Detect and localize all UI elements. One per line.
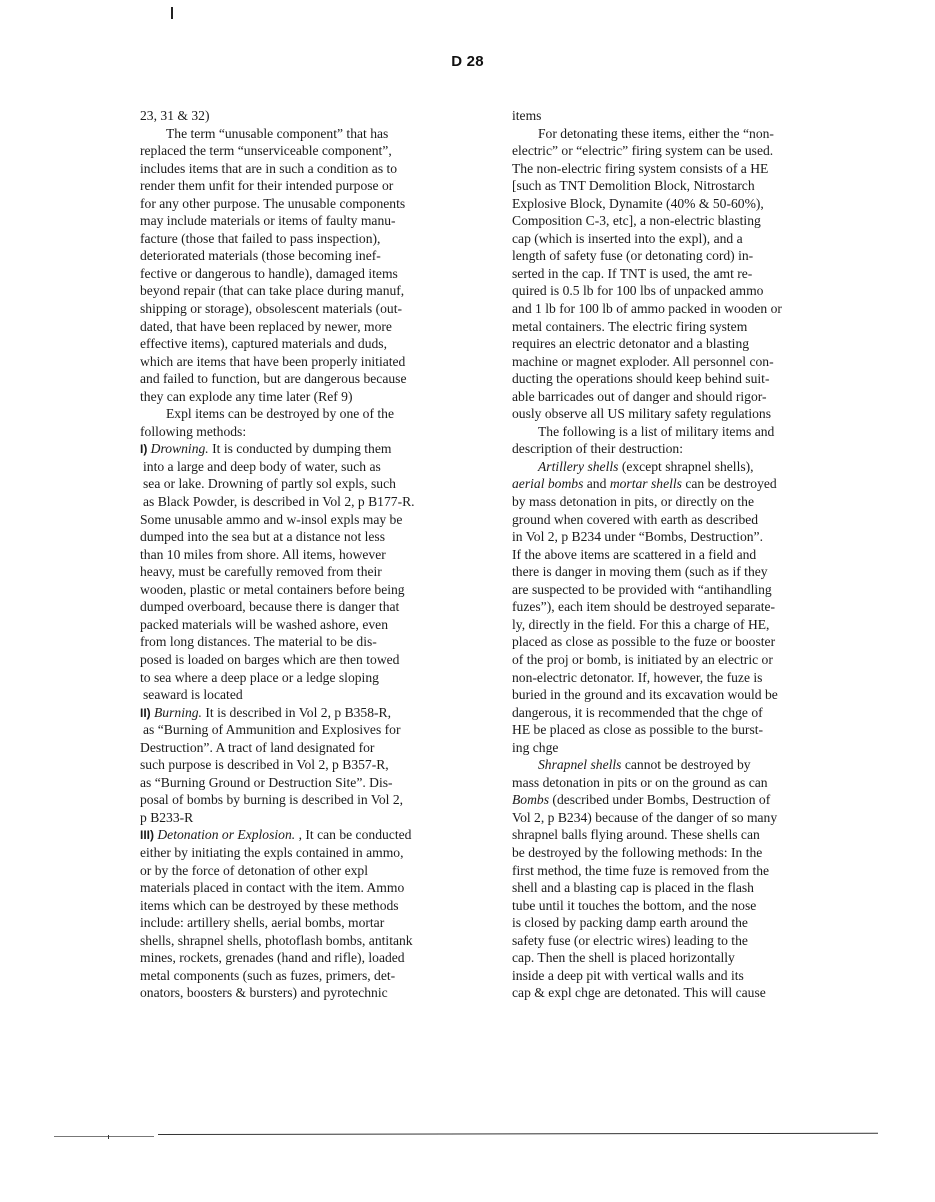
text-segment: of the proj or bomb, is initiated by an …: [512, 652, 773, 667]
text-line: [such as TNT Demolition Block, Nitrostar…: [512, 177, 867, 195]
text-segment: following methods:: [140, 424, 246, 439]
text-segment: ly, directly in the field. For this a ch…: [512, 617, 769, 632]
margin-mark: [171, 7, 173, 19]
text-line: The term “unusable component” that has: [140, 125, 480, 143]
page-number-header: D 28: [0, 53, 935, 70]
text-line: cap (which is inserted into the expl), a…: [512, 230, 867, 248]
text-line: of the proj or bomb, is initiated by an …: [512, 651, 867, 669]
text-line: inside a deep pit with vertical walls an…: [512, 967, 867, 985]
text-segment: Composition C-3, etc], a non-electric bl…: [512, 213, 761, 228]
text-line: as “Burning of Ammunition and Explosives…: [140, 721, 480, 739]
text-segment: shipping or storage), obsolescent materi…: [140, 301, 402, 316]
text-segment: For detonating these items, either the “…: [538, 126, 774, 141]
text-segment: cap. Then the shell is placed horizontal…: [512, 950, 735, 965]
text-segment: cap (which is inserted into the expl), a…: [512, 231, 743, 246]
text-line: and 1 lb for 100 lb of ammo packed in wo…: [512, 300, 867, 318]
text-line: which are items that have been properly …: [140, 353, 480, 371]
text-line: dumped overboard, because there is dange…: [140, 598, 480, 616]
text-line: includes items that are in such a condit…: [140, 160, 480, 178]
text-segment: The non-electric firing system consists …: [512, 161, 768, 176]
text-segment: HE be placed as close as possible to the…: [512, 722, 763, 737]
text-segment: fective or dangerous to handle), damaged…: [140, 266, 398, 281]
text-line: dangerous, it is recommended that the ch…: [512, 704, 867, 722]
text-line: Explosive Block, Dynamite (40% & 50-60%)…: [512, 195, 867, 213]
text-line: Bombs (described under Bombs, Destructio…: [512, 791, 867, 809]
text-segment: into a large and deep body of water, suc…: [143, 459, 381, 474]
text-segment: If the above items are scattered in a fi…: [512, 547, 756, 562]
text-segment: beyond repair (that can take place durin…: [140, 283, 404, 298]
text-segment: includes items that are in such a condit…: [140, 161, 397, 176]
text-segment: seaward is located: [143, 687, 243, 702]
text-line: The non-electric firing system consists …: [512, 160, 867, 178]
text-line: able barricades out of danger and should…: [512, 388, 867, 406]
text-line: tube until it touches the bottom, and th…: [512, 897, 867, 915]
text-line: cap & expl chge are detonated. This will…: [512, 984, 867, 1002]
text-line: requires an electric detonator and a bla…: [512, 335, 867, 353]
text-segment: can be destroyed: [682, 476, 777, 491]
text-line: length of safety fuse (or detonating cor…: [512, 247, 867, 265]
text-segment: The following is a list of military item…: [538, 424, 774, 439]
text-line: shells, shrapnel shells, photoflash bomb…: [140, 932, 480, 950]
text-line: posed is loaded on barges which are then…: [140, 651, 480, 669]
text-segment: (described under Bombs, Destruction of: [549, 792, 770, 807]
text-segment: first method, the time fuze is removed f…: [512, 863, 769, 878]
text-line: Vol 2, p B234) because of the danger of …: [512, 809, 867, 827]
text-line: dated, that have been replaced by newer,…: [140, 318, 480, 336]
italic-term: Drowning.: [151, 441, 209, 456]
text-segment: deteriorated materials (those becoming i…: [140, 248, 381, 263]
text-segment: 23, 31 & 32): [140, 108, 209, 123]
text-segment: and 1 lb for 100 lb of ammo packed in wo…: [512, 301, 782, 316]
text-line: placed as close as possible to the fuze …: [512, 633, 867, 651]
text-segment: shell and a blasting cap is placed in th…: [512, 880, 754, 895]
text-line: for any other purpose. The unusable comp…: [140, 195, 480, 213]
text-line: shipping or storage), obsolescent materi…: [140, 300, 480, 318]
text-line: wooden, plastic or metal containers befo…: [140, 581, 480, 599]
text-line: from long distances. The material to be …: [140, 633, 480, 651]
text-segment: , It can be conducted: [295, 827, 411, 842]
text-line: packed materials will be washed ashore, …: [140, 616, 480, 634]
text-segment: they can explode any time later (Ref 9): [140, 389, 353, 404]
text-segment: is closed by packing damp earth around t…: [512, 915, 748, 930]
text-segment: ducting the operations should keep behin…: [512, 371, 769, 386]
text-segment: ground when covered with earth as descri…: [512, 512, 758, 527]
text-line: metal components (such as fuzes, primers…: [140, 967, 480, 985]
text-line: ducting the operations should keep behin…: [512, 370, 867, 388]
text-line: electric” or “electric” firing system ca…: [512, 142, 867, 160]
text-line: may include materials or items of faulty…: [140, 212, 480, 230]
text-line: as Black Powder, is described in Vol 2, …: [140, 493, 480, 511]
text-line: as “Burning Ground or Destruction Site”.…: [140, 774, 480, 792]
text-line: beyond repair (that can take place durin…: [140, 282, 480, 300]
text-segment: in Vol 2, p B234 under “Bombs, Destructi…: [512, 529, 763, 544]
text-segment: shrapnel balls flying around. These shel…: [512, 827, 760, 842]
text-line: I) Drowning. It is conducted by dumping …: [140, 440, 480, 458]
text-line: such purpose is described in Vol 2, p B3…: [140, 756, 480, 774]
text-line: 23, 31 & 32): [140, 107, 480, 125]
text-line: serted in the cap. If TNT is used, the a…: [512, 265, 867, 283]
text-segment: onators, boosters & bursters) and pyrote…: [140, 985, 388, 1000]
text-segment: [such as TNT Demolition Block, Nitrostar…: [512, 178, 755, 193]
text-line: seaward is located: [140, 686, 480, 704]
text-segment: as “Burning Ground or Destruction Site”.…: [140, 775, 393, 790]
text-line: items: [512, 107, 867, 125]
text-segment: metal components (such as fuzes, primers…: [140, 968, 395, 983]
text-line: mass detonation in pits or on the ground…: [512, 774, 867, 792]
text-segment: tube until it touches the bottom, and th…: [512, 898, 756, 913]
text-segment: cap & expl chge are detonated. This will…: [512, 985, 766, 1000]
text-segment: from long distances. The material to be …: [140, 634, 377, 649]
text-segment: fuzes”), each item should be destroyed s…: [512, 599, 775, 614]
text-segment: may include materials or items of faulty…: [140, 213, 396, 228]
text-line: sea or lake. Drowning of partly sol expl…: [140, 475, 480, 493]
text-segment: Explosive Block, Dynamite (40% & 50-60%)…: [512, 196, 764, 211]
text-line: buried in the ground and its excavation …: [512, 686, 867, 704]
text-segment: effective items), captured materials and…: [140, 336, 387, 351]
text-segment: machine or magnet exploder. All personne…: [512, 354, 774, 369]
text-segment: or by the force of detonation of other e…: [140, 863, 368, 878]
text-line: shrapnel balls flying around. These shel…: [512, 826, 867, 844]
text-line: ing chge: [512, 739, 867, 757]
text-segment: able barricades out of danger and should…: [512, 389, 767, 404]
text-line: metal containers. The electric firing sy…: [512, 318, 867, 336]
text-line: HE be placed as close as possible to the…: [512, 721, 867, 739]
text-segment: replaced the term “unserviceable compone…: [140, 143, 392, 158]
footer-rule-segment: [54, 1136, 154, 1137]
text-segment: length of safety fuse (or detonating cor…: [512, 248, 753, 263]
text-line: For detonating these items, either the “…: [512, 125, 867, 143]
text-line: Some unusable ammo and w-insol expls may…: [140, 511, 480, 529]
italic-term: mortar shells: [610, 476, 682, 491]
text-line: materials placed in contact with the ite…: [140, 879, 480, 897]
text-segment: than 10 miles from shore. All items, how…: [140, 547, 386, 562]
section-numeral: I): [140, 442, 151, 456]
italic-term: Bombs: [512, 792, 549, 807]
text-segment: are suspected to be provided with “antih…: [512, 582, 772, 597]
text-segment: either by initiating the expls contained…: [140, 845, 404, 860]
text-segment: safety fuse (or electric wires) leading …: [512, 933, 748, 948]
text-line: non-electric detonator. If, however, the…: [512, 669, 867, 687]
right-text-column: itemsFor detonating these items, either …: [512, 107, 867, 1002]
text-segment: ously observe all US military safety reg…: [512, 406, 771, 421]
text-line: to sea where a deep place or a ledge slo…: [140, 669, 480, 687]
text-segment: serted in the cap. If TNT is used, the a…: [512, 266, 752, 281]
text-segment: shells, shrapnel shells, photoflash bomb…: [140, 933, 413, 948]
text-segment: Some unusable ammo and w-insol expls may…: [140, 512, 402, 527]
text-segment: be destroyed by the following methods: I…: [512, 845, 762, 860]
italic-term: Artillery shells: [538, 459, 618, 474]
text-segment: quired is 0.5 lb for 100 lbs of unpacked…: [512, 283, 763, 298]
text-line: is closed by packing damp earth around t…: [512, 914, 867, 932]
text-segment: by mass detonation in pits, or directly …: [512, 494, 754, 509]
text-segment: dangerous, it is recommended that the ch…: [512, 705, 763, 720]
text-segment: materials placed in contact with the ite…: [140, 880, 404, 895]
text-segment: such purpose is described in Vol 2, p B3…: [140, 757, 389, 772]
text-segment: as “Burning of Ammunition and Explosives…: [143, 722, 401, 737]
text-segment: (except shrapnel shells),: [618, 459, 753, 474]
text-segment: sea or lake. Drowning of partly sol expl…: [143, 476, 396, 491]
text-segment: The term “unusable component” that has: [166, 126, 388, 141]
text-line: The following is a list of military item…: [512, 423, 867, 441]
text-segment: mines, rockets, grenades (hand and rifle…: [140, 950, 405, 965]
text-line: in Vol 2, p B234 under “Bombs, Destructi…: [512, 528, 867, 546]
text-line: Expl items can be destroyed by one of th…: [140, 405, 480, 423]
text-segment: dumped into the sea but at a distance no…: [140, 529, 385, 544]
text-line: facture (those that failed to pass inspe…: [140, 230, 480, 248]
text-line: quired is 0.5 lb for 100 lbs of unpacked…: [512, 282, 867, 300]
text-line: replaced the term “unserviceable compone…: [140, 142, 480, 160]
text-line: either by initiating the expls contained…: [140, 844, 480, 862]
text-segment: facture (those that failed to pass inspe…: [140, 231, 380, 246]
text-line: than 10 miles from shore. All items, how…: [140, 546, 480, 564]
text-segment: which are items that have been properly …: [140, 354, 405, 369]
text-line: effective items), captured materials and…: [140, 335, 480, 353]
italic-term: aerial bombs: [512, 476, 583, 491]
text-segment: dated, that have been replaced by newer,…: [140, 319, 392, 334]
text-line: If the above items are scattered in a fi…: [512, 546, 867, 564]
text-line: into a large and deep body of water, suc…: [140, 458, 480, 476]
text-line: shell and a blasting cap is placed in th…: [512, 879, 867, 897]
text-segment: electric” or “electric” firing system ca…: [512, 143, 773, 158]
text-segment: It is described in Vol 2, p B358-R,: [202, 705, 391, 720]
text-segment: Destruction”. A tract of land designated…: [140, 740, 374, 755]
text-segment: there is danger in moving them (such as …: [512, 564, 768, 579]
text-line: deteriorated materials (those becoming i…: [140, 247, 480, 265]
text-segment: as Black Powder, is described in Vol 2, …: [143, 494, 415, 509]
text-line: cap. Then the shell is placed horizontal…: [512, 949, 867, 967]
text-segment: Expl items can be destroyed by one of th…: [166, 406, 394, 421]
text-line: II) Burning. It is described in Vol 2, p…: [140, 704, 480, 722]
text-segment: metal containers. The electric firing sy…: [512, 319, 747, 334]
text-segment: packed materials will be washed ashore, …: [140, 617, 388, 632]
text-segment: non-electric detonator. If, however, the…: [512, 670, 762, 685]
text-segment: dumped overboard, because there is dange…: [140, 599, 399, 614]
text-line: or by the force of detonation of other e…: [140, 862, 480, 880]
text-segment: render them unfit for their intended pur…: [140, 178, 393, 193]
text-segment: and failed to function, but are dangerou…: [140, 371, 407, 386]
text-segment: buried in the ground and its excavation …: [512, 687, 778, 702]
text-segment: heavy, must be carefully removed from th…: [140, 564, 382, 579]
text-line: include: artillery shells, aerial bombs,…: [140, 914, 480, 932]
text-line: by mass detonation in pits, or directly …: [512, 493, 867, 511]
text-line: Composition C-3, etc], a non-electric bl…: [512, 212, 867, 230]
text-line: aerial bombs and mortar shells can be de…: [512, 475, 867, 493]
text-line: posal of bombs by burning is described i…: [140, 791, 480, 809]
text-line: they can explode any time later (Ref 9): [140, 388, 480, 406]
text-segment: placed as close as possible to the fuze …: [512, 634, 775, 649]
text-segment: posal of bombs by burning is described i…: [140, 792, 403, 807]
text-line: are suspected to be provided with “antih…: [512, 581, 867, 599]
footer-rule-tick: [108, 1135, 109, 1139]
text-line: ously observe all US military safety reg…: [512, 405, 867, 423]
section-numeral: III): [140, 828, 157, 842]
text-line: mines, rockets, grenades (hand and rifle…: [140, 949, 480, 967]
text-segment: ing chge: [512, 740, 558, 755]
text-segment: include: artillery shells, aerial bombs,…: [140, 915, 384, 930]
italic-term: Burning.: [154, 705, 202, 720]
text-line: items which can be destroyed by these me…: [140, 897, 480, 915]
text-line: and failed to function, but are dangerou…: [140, 370, 480, 388]
text-segment: p B233-R: [140, 810, 193, 825]
text-segment: inside a deep pit with vertical walls an…: [512, 968, 744, 983]
text-segment: items: [512, 108, 541, 123]
text-segment: posed is loaded on barges which are then…: [140, 652, 399, 667]
text-segment: wooden, plastic or metal containers befo…: [140, 582, 405, 597]
text-line: Artillery shells (except shrapnel shells…: [512, 458, 867, 476]
text-segment: items which can be destroyed by these me…: [140, 898, 399, 913]
text-line: safety fuse (or electric wires) leading …: [512, 932, 867, 950]
footer-rule: [158, 1133, 878, 1135]
text-line: p B233-R: [140, 809, 480, 827]
text-line: following methods:: [140, 423, 480, 441]
text-line: dumped into the sea but at a distance no…: [140, 528, 480, 546]
text-segment: description of their destruction:: [512, 441, 683, 456]
left-text-column: 23, 31 & 32)The term “unusable component…: [140, 107, 480, 1002]
text-segment: and: [583, 476, 609, 491]
text-line: heavy, must be carefully removed from th…: [140, 563, 480, 581]
text-line: there is danger in moving them (such as …: [512, 563, 867, 581]
text-line: ly, directly in the field. For this a ch…: [512, 616, 867, 634]
text-segment: for any other purpose. The unusable comp…: [140, 196, 405, 211]
text-line: fective or dangerous to handle), damaged…: [140, 265, 480, 283]
text-line: machine or magnet exploder. All personne…: [512, 353, 867, 371]
text-segment: Vol 2, p B234) because of the danger of …: [512, 810, 777, 825]
text-segment: cannot be destroyed by: [621, 757, 750, 772]
text-line: description of their destruction:: [512, 440, 867, 458]
text-line: Destruction”. A tract of land designated…: [140, 739, 480, 757]
text-segment: to sea where a deep place or a ledge slo…: [140, 670, 379, 685]
text-line: ground when covered with earth as descri…: [512, 511, 867, 529]
text-line: fuzes”), each item should be destroyed s…: [512, 598, 867, 616]
text-segment: requires an electric detonator and a bla…: [512, 336, 749, 351]
text-line: render them unfit for their intended pur…: [140, 177, 480, 195]
text-line: onators, boosters & bursters) and pyrote…: [140, 984, 480, 1002]
text-line: III) Detonation or Explosion. , It can b…: [140, 826, 480, 844]
text-line: first method, the time fuze is removed f…: [512, 862, 867, 880]
text-line: Shrapnel shells cannot be destroyed by: [512, 756, 867, 774]
section-numeral: II): [140, 706, 154, 720]
italic-term: Shrapnel shells: [538, 757, 621, 772]
text-line: be destroyed by the following methods: I…: [512, 844, 867, 862]
text-segment: mass detonation in pits or on the ground…: [512, 775, 768, 790]
text-segment: It is conducted by dumping them: [209, 441, 392, 456]
italic-term: Detonation or Explosion.: [157, 827, 295, 842]
